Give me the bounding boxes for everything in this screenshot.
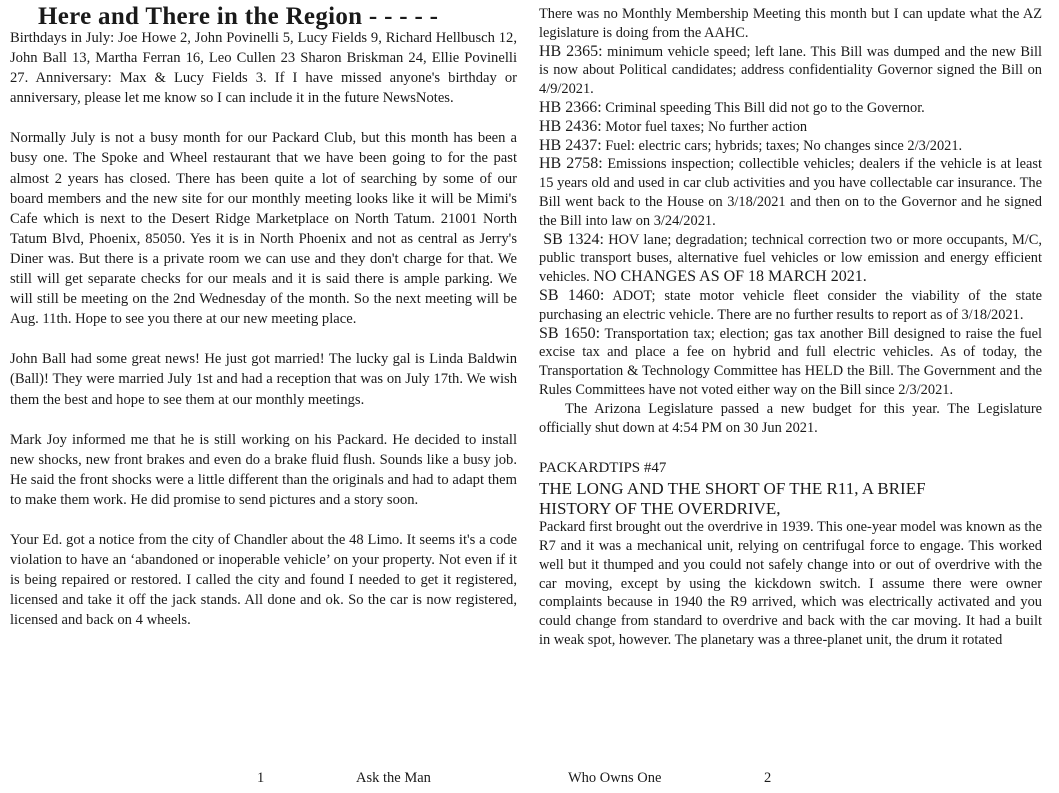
bill-text: Motor fuel taxes; No further action (605, 119, 807, 135)
footer-label-left: Ask the Man (356, 770, 431, 787)
bill-text: Fuel: electric cars; hybrids; taxes; No … (605, 138, 962, 154)
page-number-left: 1 (257, 770, 264, 787)
right-page: There was no Monthly Membership Meeting … (539, 5, 1042, 650)
footer-label-right: Who Owns One (568, 770, 661, 787)
tips-title: THE LONG AND THE SHORT OF THE R11, A BRI… (539, 479, 999, 518)
bill-text: Transportation tax; election; gas tax an… (539, 326, 1042, 398)
bill-status-emphasis: NO CHANGES AS OF 18 MARCH 2021. (593, 268, 866, 285)
bill-id: HB 2436: (539, 118, 602, 135)
bill-item: HB 2366: Criminal speeding This Bill did… (539, 99, 1042, 118)
bill-id: HB 2366: (539, 99, 602, 116)
meeting-location-paragraph: Normally July is not a busy month for ou… (10, 128, 517, 329)
tips-label: PACKARDTIPS #47 (539, 459, 1042, 479)
bill-item: HB 2365: minimum vehicle speed; left lan… (539, 43, 1042, 99)
budget-note: The Arizona Legislature passed a new bud… (539, 400, 1042, 438)
bill-id: HB 2365: (539, 43, 603, 60)
bill-id: SB 1324: (543, 231, 604, 248)
bill-item: SB 1324: HOV lane; degradation; technica… (539, 231, 1042, 287)
limo-paragraph: Your Ed. got a notice from the city of C… (10, 530, 517, 630)
birthdays-paragraph: Birthdays in July: Joe Howe 2, John Povi… (10, 28, 517, 108)
bill-item: SB 1460: ADOT; state motor vehicle fleet… (539, 287, 1042, 325)
john-ball-paragraph: John Ball had some great news! He just g… (10, 349, 517, 409)
bill-text: ADOT; state motor vehicle fleet consider… (539, 288, 1042, 323)
bill-id: SB 1650: (539, 325, 600, 342)
bill-id: HB 2758: (539, 155, 603, 172)
bill-id: HB 2437: (539, 137, 602, 154)
bill-text: Emissions inspection; collectible vehicl… (539, 156, 1042, 228)
bill-item: HB 2758: Emissions inspection; collectib… (539, 155, 1042, 230)
bill-item: SB 1650: Transportation tax; election; g… (539, 325, 1042, 400)
bill-text: Criminal speeding This Bill did not go t… (605, 100, 925, 116)
section-title: Here and There in the Region - - - - - (38, 6, 517, 28)
bill-id: SB 1460: (539, 287, 604, 304)
mark-joy-paragraph: Mark Joy informed me that he is still wo… (10, 430, 517, 510)
left-page: Here and There in the Region - - - - - B… (10, 0, 517, 630)
bill-text: minimum vehicle speed; left lane. This B… (539, 44, 1042, 98)
bill-item: HB 2436: Motor fuel taxes; No further ac… (539, 118, 1042, 137)
tips-body: Packard first brought out the overdrive … (539, 518, 1042, 650)
legislature-intro: There was no Monthly Membership Meeting … (539, 5, 1042, 43)
page-number-right: 2 (764, 770, 771, 787)
bill-item: HB 2437: Fuel: electric cars; hybrids; t… (539, 137, 1042, 156)
